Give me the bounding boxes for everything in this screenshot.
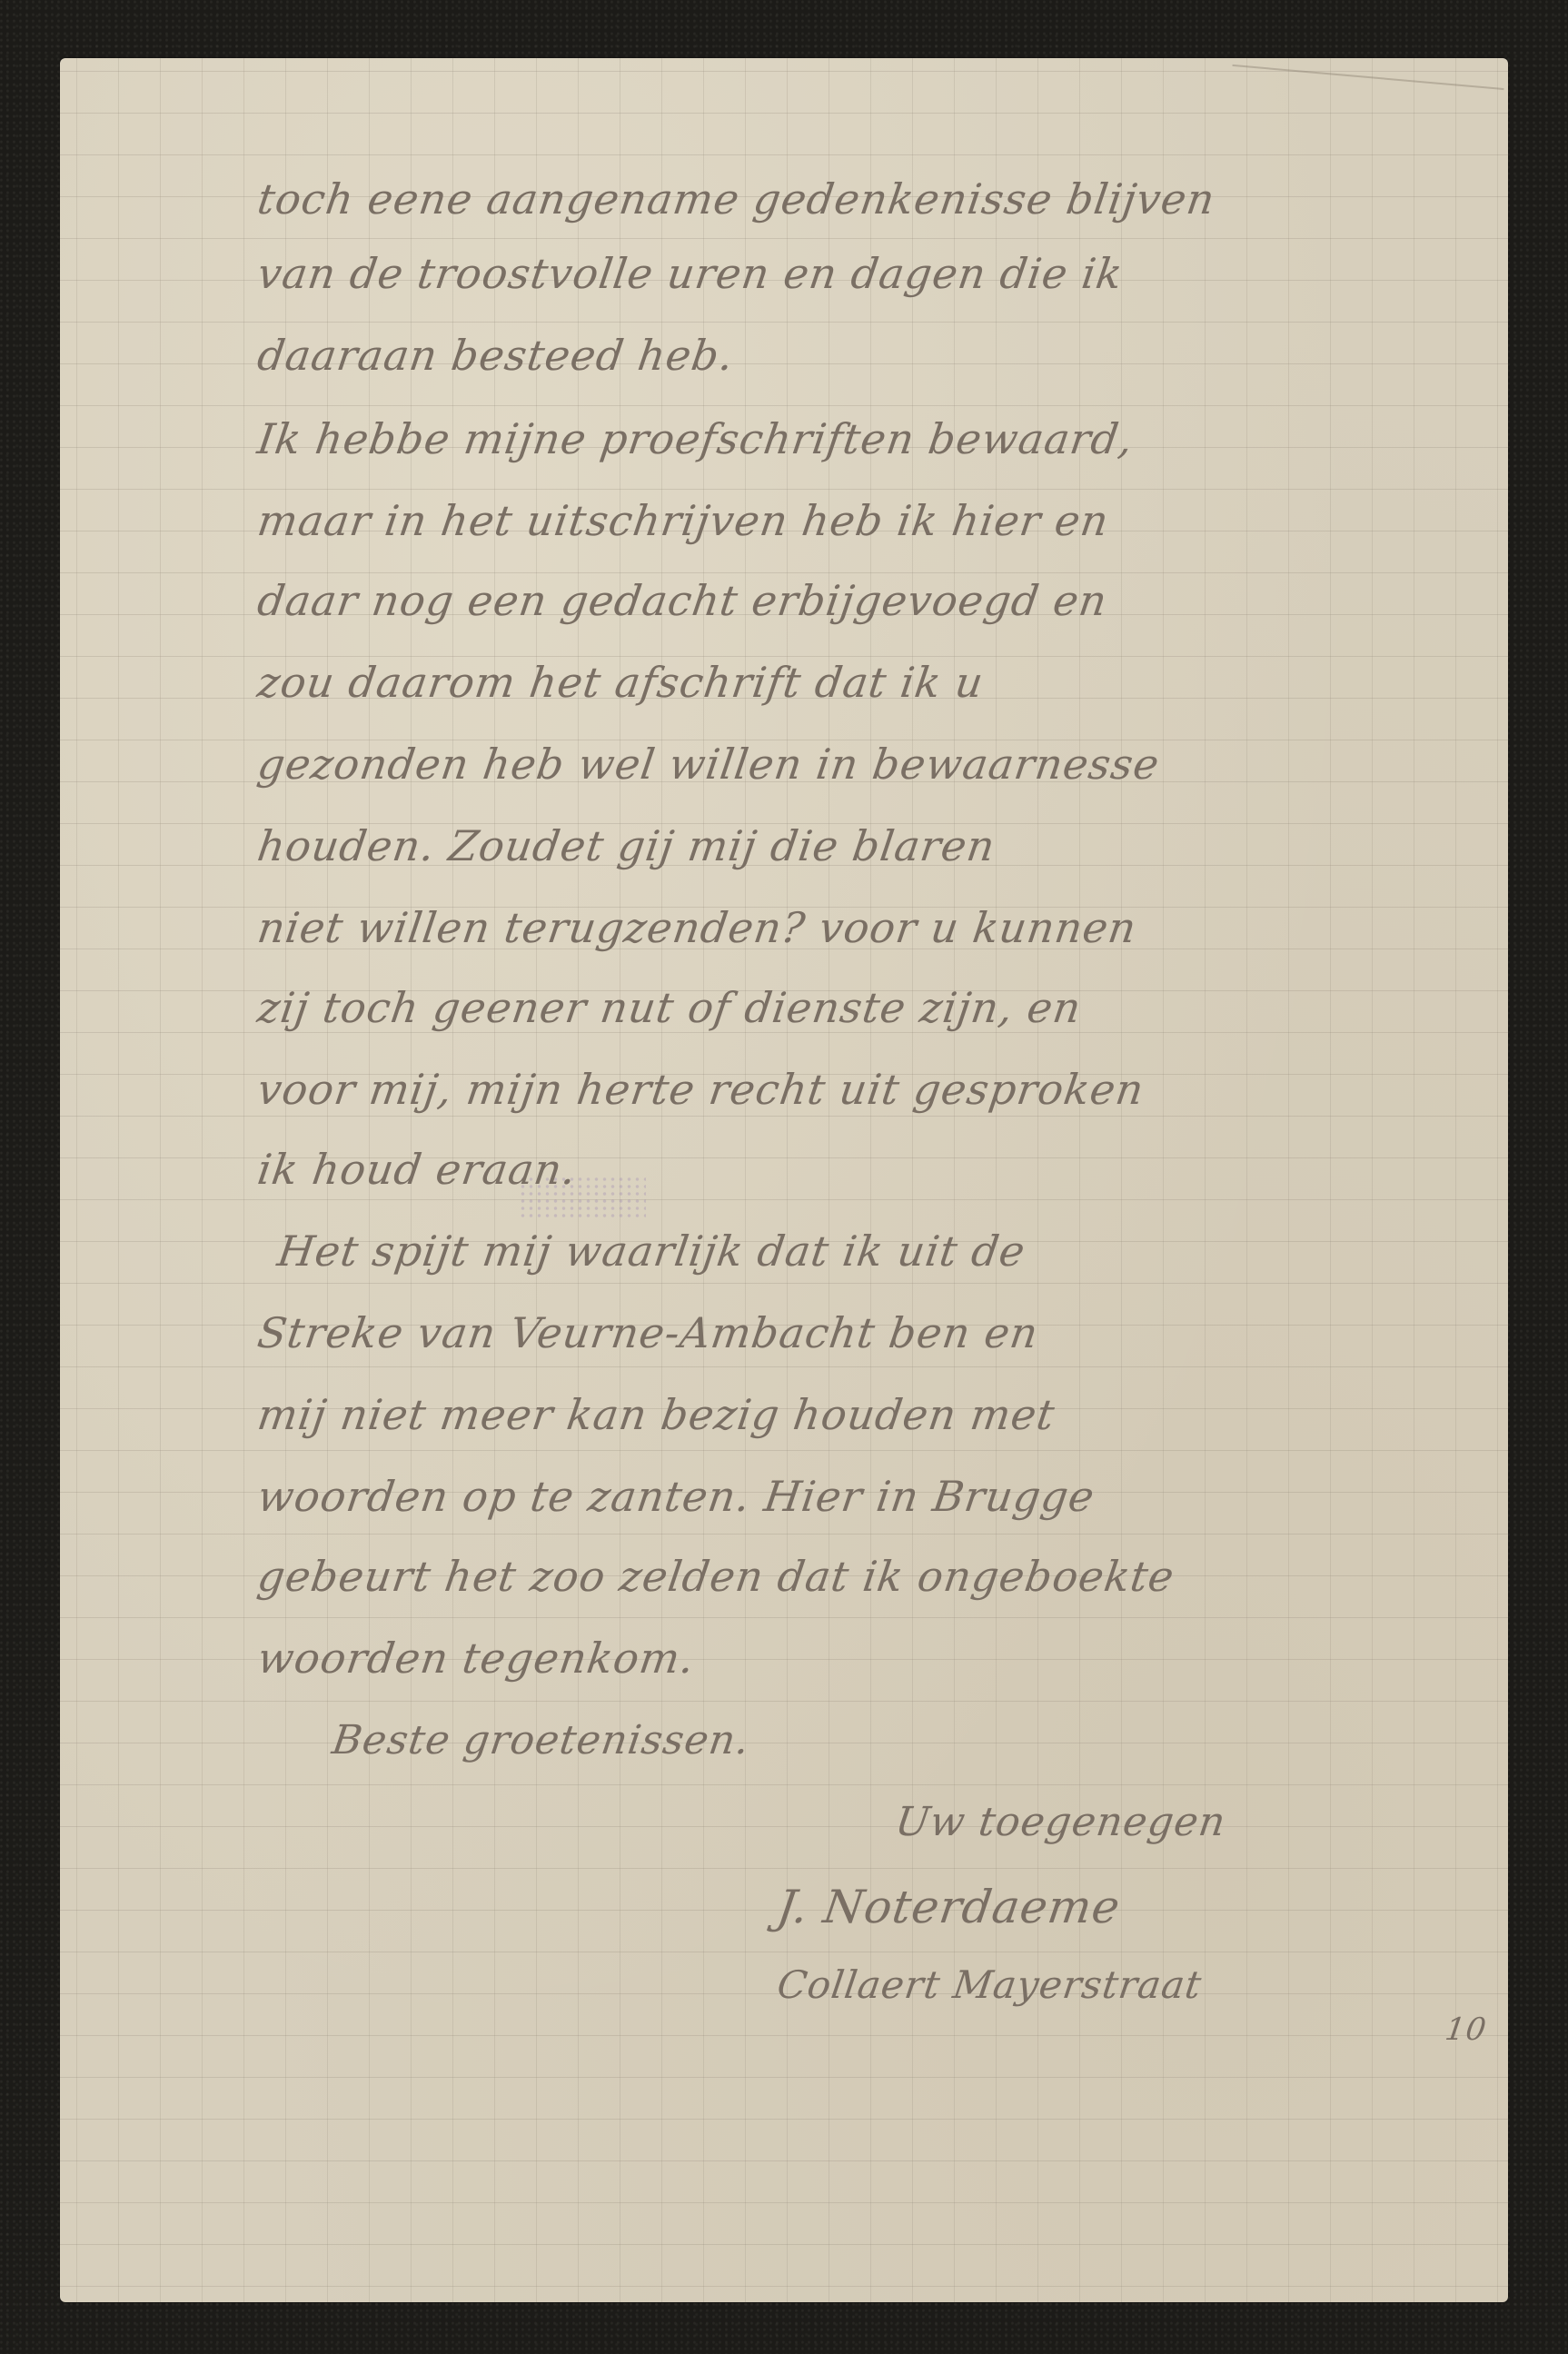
letter-valediction: Uw toegenegen <box>892 1799 1228 1845</box>
letter-line-10: niet willen terugzenden? voor u kunnen <box>254 903 1140 952</box>
letter-line-9: houden. Zoudet gij mij die blaren <box>254 821 998 870</box>
letter-line-6: daar nog een gedacht erbijgevoegd en <box>254 576 1110 625</box>
letter-line-19: woorden tegenkom. <box>254 1634 698 1683</box>
letter-line-11: zij toch geener nut of dienste zijn, en <box>254 983 1085 1032</box>
paper-crease <box>1232 65 1503 90</box>
sender-address-number: 10 <box>1443 2011 1489 2048</box>
letter-line-1: toch eene aangename gedenkenisse blijven <box>254 174 1218 223</box>
letter-line-3: daaraan besteed heb. <box>254 331 737 380</box>
letter-line-17: woorden op te zanten. Hier in Brugge <box>254 1472 1097 1521</box>
letter-line-7: zou daarom het afschrift dat ik u <box>254 658 987 707</box>
letter-line-4: Ik hebbe mijne proefschriften bewaard, <box>254 414 1136 463</box>
letter-line-14: Het spijt mij waarlijk dat ik uit de <box>274 1227 1028 1276</box>
letter-line-5: maar in het uitschrijven heb ik hier en <box>254 496 1112 545</box>
letter-page: toch eene aangename gedenkenisse blijven… <box>60 58 1508 2302</box>
letter-line-15: Streke van Veurne-Ambacht ben en <box>254 1308 1041 1357</box>
letter-line-12: voor mij, mijn herte recht uit gesproken <box>254 1065 1147 1114</box>
sender-address: Collaert Mayerstraat <box>775 1962 1206 2007</box>
letter-line-13: ik houd eraan. <box>254 1145 580 1194</box>
letter-closing: Beste groetenissen. <box>329 1717 752 1763</box>
letter-line-16: mij niet meer kan bezig houden met <box>254 1390 1058 1439</box>
letter-line-18: gebeurt het zoo zelden dat ik ongeboekte <box>254 1552 1177 1601</box>
letter-signature: J. Noterdaeme <box>774 1881 1124 1933</box>
letter-line-8: gezonden heb wel willen in bewaarnesse <box>254 740 1163 789</box>
letter-line-2: van de troostvolle uren en dagen die ik <box>254 249 1126 298</box>
